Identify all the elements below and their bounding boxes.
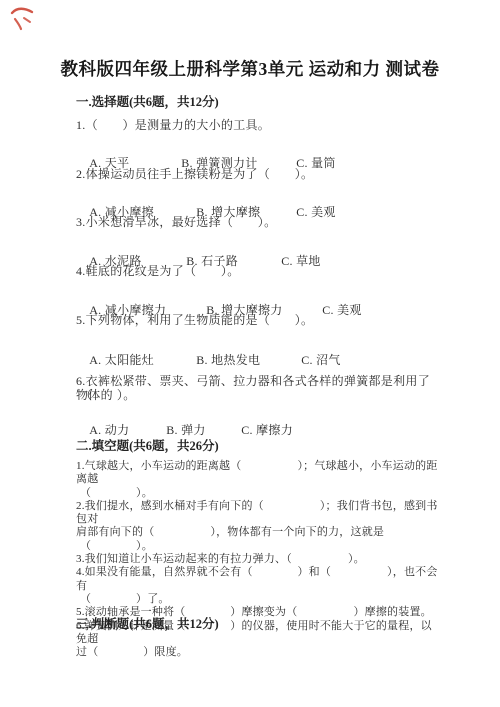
question-2-stem: 2.体操运动员往手上擦镁粉是为了（ ）。 bbox=[76, 167, 436, 181]
option-c: C. 沼气 bbox=[301, 353, 341, 367]
section-2-heading: 二.填空题(共6题，共26分) bbox=[76, 436, 219, 454]
question-3-stem: 3.小米想滑旱冰，最好选择（ ）。 bbox=[76, 215, 436, 229]
fill-q4-line-1: 4.如果没有能量，自然界就不会有（ ）和（ ），也不会有 bbox=[76, 566, 442, 593]
red-stamp-mark bbox=[8, 4, 38, 32]
fill-q3-line: 3.我们知道让小车运动起来的有拉力弹力、（ ）。 bbox=[76, 553, 442, 566]
option-b: B. 地热发电 bbox=[196, 353, 301, 367]
fill-q2-line-1: 2.我们提水，感到水桶对手有向下的（ ）；我们背书包，感到书包对 bbox=[76, 500, 442, 527]
option-a: A. 动力 bbox=[89, 423, 166, 437]
option-c: C. 摩擦力 bbox=[241, 423, 293, 437]
option-b: B. 弹力 bbox=[166, 423, 241, 437]
question-6-stem-line-2: （ ）。 bbox=[80, 388, 440, 402]
fill-q4-line-2: （ ）了。 bbox=[76, 593, 442, 606]
question-5-stem: 5.下列物体，利用了生物质能的是（ ）。 bbox=[76, 313, 436, 327]
section-3-heading: 三.判断题(共6题，共12分) bbox=[76, 614, 219, 632]
question-4-stem: 4.鞋底的花纹是为了（ ）。 bbox=[76, 264, 436, 278]
fill-q1-line-2: （ ）。 bbox=[76, 487, 442, 500]
fill-q6-line-2: 过（ ）限度。 bbox=[76, 646, 442, 659]
page-title: 教科版四年级上册科学第3单元 运动和力 测试卷 bbox=[0, 56, 500, 81]
option-a: A. 太阳能灶 bbox=[89, 353, 196, 367]
fill-q2-line-2: 肩部有向下的（ ），物体都有一个向下的力，这就是 bbox=[76, 526, 442, 539]
test-paper-page: 教科版四年级上册科学第3单元 运动和力 测试卷 一.选择题(共6题，共12分) … bbox=[0, 0, 500, 707]
fill-q2-line-3: （ ）。 bbox=[76, 540, 442, 553]
fill-q1-line-1: 1.气球越大，小车运动的距离越（ ）；气球越小，小车运动的距离越 bbox=[76, 460, 442, 487]
section-1-heading: 一.选择题(共6题，共12分) bbox=[76, 92, 219, 110]
question-1-stem: 1.（ ）是测量力的大小的工具。 bbox=[76, 118, 436, 132]
